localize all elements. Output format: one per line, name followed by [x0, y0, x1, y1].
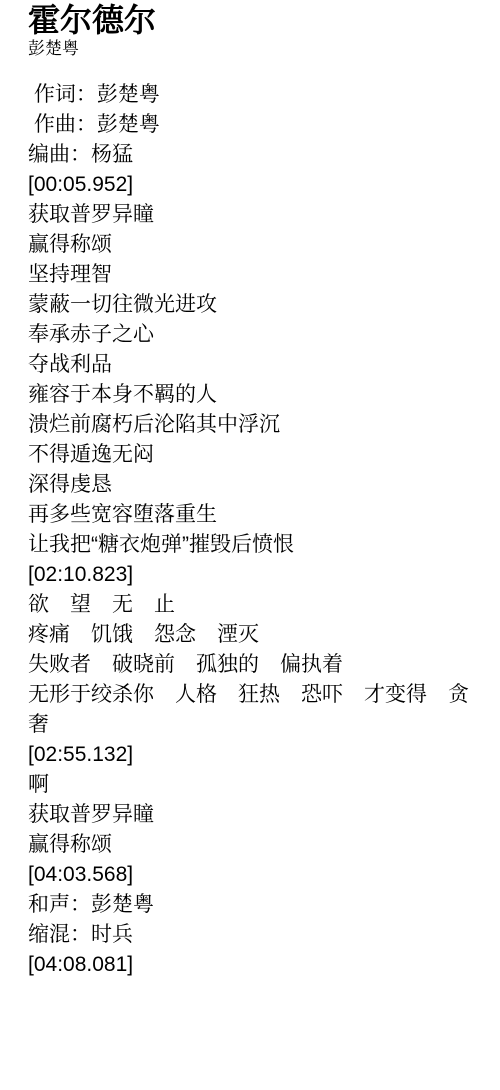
- lyric-line: 作词：彭楚粤: [28, 80, 480, 110]
- lyric-line: 失败者 破晓前 孤独的 偏执着: [28, 650, 480, 680]
- lyric-line: 深得虔恳: [28, 470, 480, 500]
- lyric-line: 无形于绞杀你 人格 狂热 恐吓 才变得 贪奢: [28, 680, 480, 740]
- song-title: 霍尔德尔: [28, 2, 480, 38]
- lyric-line: 作曲：彭楚粤: [28, 110, 480, 140]
- lyric-line: [04:03.568]: [28, 860, 480, 890]
- lyrics-body: 作词：彭楚粤 作曲：彭楚粤编曲：杨猛[00:05.952]获取普罗异瞳赢得称颂坚…: [28, 80, 480, 980]
- lyrics-content: 霍尔德尔 彭楚粤 作词：彭楚粤 作曲：彭楚粤编曲：杨猛[00:05.952]获取…: [0, 0, 500, 980]
- lyric-line: 不得遁逸无闷: [28, 440, 480, 470]
- lyric-line: 和声：彭楚粤: [28, 890, 480, 920]
- lyric-line: 获取普罗异瞳: [28, 800, 480, 830]
- lyric-line: 赢得称颂: [28, 830, 480, 860]
- lyric-line: 啊: [28, 770, 480, 800]
- lyric-line: 编曲：杨猛: [28, 140, 480, 170]
- lyric-line: [02:55.132]: [28, 740, 480, 770]
- lyric-line: [00:05.952]: [28, 170, 480, 200]
- lyric-line: 雍容于本身不羁的人: [28, 380, 480, 410]
- lyric-line: 坚持理智: [28, 260, 480, 290]
- lyric-line: [02:10.823]: [28, 560, 480, 590]
- lyric-line: 赢得称颂: [28, 230, 480, 260]
- artist-name: 彭楚粤: [28, 38, 480, 60]
- lyric-line: 让我把“糖衣炮弹”摧毁后愤恨: [28, 530, 480, 560]
- lyric-line: 再多些宽容堕落重生: [28, 500, 480, 530]
- lyric-line: 疼痛 饥饿 怨念 湮灭: [28, 620, 480, 650]
- lyric-line: 蒙蔽一切往微光进攻: [28, 290, 480, 320]
- lyric-line: 溃烂前腐朽后沦陷其中浮沉: [28, 410, 480, 440]
- lyric-line: 欲 望 无 止: [28, 590, 480, 620]
- lyric-line: 获取普罗异瞳: [28, 200, 480, 230]
- lyric-line: 奉承赤子之心: [28, 320, 480, 350]
- lyric-line: [04:08.081]: [28, 950, 480, 980]
- lyric-line: 夺战利品: [28, 350, 480, 380]
- lyrics-page: { "header": { "title": "霍尔德尔", "artist":…: [0, 0, 500, 1090]
- lyric-line: 缩混：时兵: [28, 920, 480, 950]
